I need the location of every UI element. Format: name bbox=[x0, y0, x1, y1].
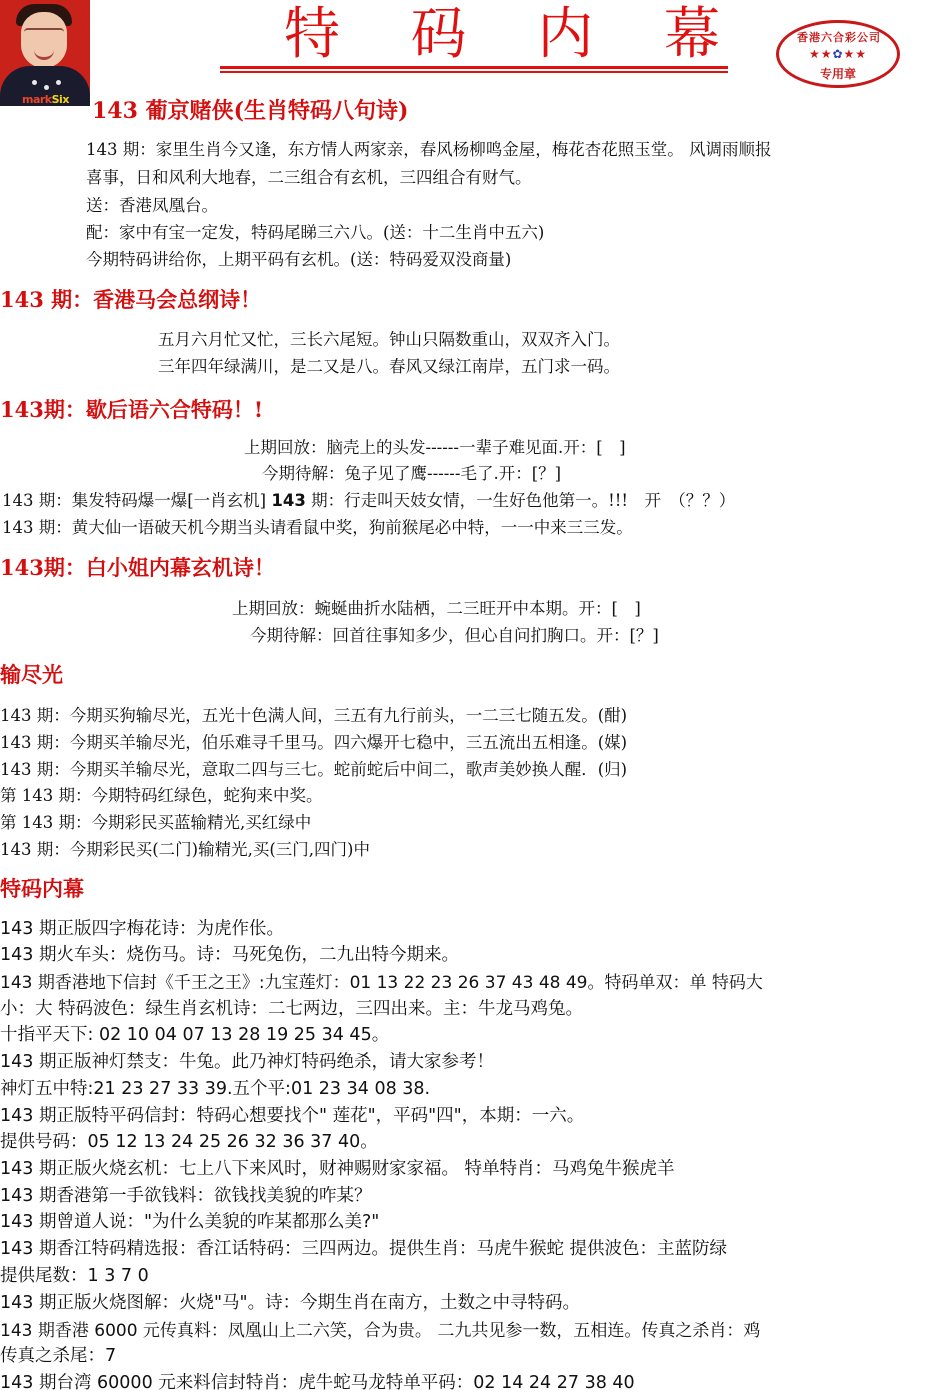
info-line: 143 期正版特平码信封：特码心想要找个" 莲花"，平码"四"，本期：一六。 bbox=[0, 1102, 584, 1127]
stamp-stars: ★★✿★★ bbox=[779, 47, 897, 61]
info-line: 143 期火车头：烧伤马。诗：马死兔伤，二九出特今期来。 bbox=[0, 941, 459, 966]
star-icon: ★★ bbox=[844, 47, 868, 61]
tip-prefix: 143 期： bbox=[2, 491, 72, 510]
title-char: 幕 bbox=[664, 2, 720, 64]
tip-text: 黄大仙一语破天机今期当头请看鼠中奖，狗前猴尾必中特，一一中来三三发。 bbox=[72, 518, 633, 537]
coat-button-icon bbox=[44, 85, 49, 90]
poem-line: 五月六月忙又忙，三长六尾短。钟山只隔数重山，双双齐入门。 bbox=[158, 326, 620, 350]
title-char: 特 bbox=[284, 2, 340, 64]
info-line: 143 期正版神灯禁支：牛兔。此乃神灯特码绝杀，请大家参考！ bbox=[0, 1048, 494, 1073]
avatar-glasses bbox=[24, 28, 64, 39]
tip-line: 143 期：今期买狗输尽光，五光十色满人间，三五有九行前头，一二三七随五发。(酣… bbox=[0, 702, 627, 726]
flower-icon: ✿ bbox=[832, 47, 843, 61]
coat-button-icon bbox=[32, 80, 37, 85]
info-line: 传真之杀尾：7 bbox=[0, 1342, 116, 1367]
tip-line: 第 143 期：今期特码红绿色，蛇狗来中奖。 bbox=[0, 782, 322, 806]
info-line: 小：大 特码波色：绿生肖玄机诗：二七两边，三四出来。主：牛龙马鸡兔。 bbox=[0, 995, 583, 1020]
tip-line: 143 期：今期彩民买(二门)输精光,买(三门,四门)中 bbox=[0, 836, 370, 860]
poem-line: 喜事，日和风利大地春，二三组合有玄机，三四组合有财气。 bbox=[86, 164, 532, 188]
title-underline bbox=[220, 66, 728, 69]
info-line: 143 期曾道人说："为什么美貌的咋某都那么美?" bbox=[0, 1208, 379, 1233]
riddle-this-issue: 今期待解：兔子见了鹰------毛了.开：[？] bbox=[262, 460, 561, 484]
section-heading-miss-bai: 143期：白小姐内幕玄机诗！ bbox=[0, 552, 275, 582]
logo-text-mark: mark bbox=[22, 93, 52, 106]
riddle-last-issue: 上期回放：脑壳上的头发------一辈子难见面.开：[ ] bbox=[244, 434, 626, 458]
riddle-this-issue: 今期待解：回首往事知多少，但心自问扪胸口。开：[？] bbox=[250, 622, 659, 646]
info-line: 143 期台湾 60000 元来料信封特肖：虎牛蛇马龙特单平码：02 14 24… bbox=[0, 1369, 635, 1394]
title-char: 码 bbox=[411, 2, 467, 64]
info-line: 143 期正版四字梅花诗：为虎作伥。 bbox=[0, 915, 284, 940]
poem-line: 143 期：家里生肖今又逢，东方情人两家亲，春风杨柳鸣金屋，梅花杏花照玉堂。 风… bbox=[86, 136, 771, 160]
info-line: 143 期香港 6000 元传真料：凤凰山上二六笑，合为贵。 二九共见参一数，五… bbox=[0, 1316, 760, 1341]
tip-line: 143 期：黄大仙一语破天机今期当头请看鼠中奖，狗前猴尾必中特，一一中来三三发。 bbox=[2, 514, 633, 538]
official-seal-stamp: 香港六合彩公司 ★★✿★★ 专用章 bbox=[776, 20, 900, 88]
poem-line: 三年四年绿满川，是二又是八。春风又绿江南岸，五门求一码。 bbox=[158, 353, 620, 377]
section-heading-inside-info: 特码内幕 bbox=[0, 873, 84, 903]
info-line: 神灯五中特:21 23 27 33 39.五个平:01 23 34 08 38. bbox=[0, 1075, 430, 1100]
stamp-top-text: 香港六合彩公司 bbox=[787, 29, 891, 45]
page-title: 特 码 内 幕 bbox=[220, 2, 728, 74]
section-heading-jockey-club: 143 期：香港马会总纲诗！ bbox=[0, 284, 261, 314]
info-line: 十指平天下: 02 10 04 07 13 28 19 25 34 45。 bbox=[0, 1021, 389, 1046]
section-heading-pujing: 143 葡京赌侠(生肖特码八句诗) bbox=[92, 94, 408, 125]
section-heading-lose-all: 输尽光 bbox=[0, 659, 63, 689]
tip-line: 143 期：今期买羊输尽光，伯乐难寻千里马。四六爆开七稳中，三五流出五相逢。(媒… bbox=[0, 729, 627, 753]
info-line: 提供尾数：1 3 7 0 bbox=[0, 1262, 149, 1287]
section-heading-xiehouyu: 143期：歇后语六合特码！! bbox=[0, 394, 263, 424]
tip-issue-number: 143 bbox=[271, 491, 305, 510]
info-line: 143 期正版火烧图解：火烧"马"。诗：今期生肖在南方，土数之中寻特码。 bbox=[0, 1289, 580, 1314]
coat-button-icon bbox=[56, 80, 61, 85]
tip-text: 集发特码爆一爆[一肖玄机] bbox=[72, 491, 272, 510]
tip-line: 143 期：今期买羊输尽光，意取二四与三七。蛇前蛇后中间二，歌声美妙换人醒．(归… bbox=[0, 756, 627, 780]
info-line: 提供号码：05 12 13 24 25 26 32 36 37 40。 bbox=[0, 1128, 378, 1153]
avatar-photo: markSix bbox=[0, 0, 90, 106]
logo-text-six: Six bbox=[52, 93, 69, 106]
tip-line: 第 143 期：今期彩民买蓝输精光,买红绿中 bbox=[0, 809, 311, 833]
info-line: 143 期香港第一手欲钱料：欲钱找美貌的咋某？ bbox=[0, 1182, 371, 1207]
riddle-last-issue: 上期回放：蜿蜒曲折水陆栖，二三旺开中本期。开：[ ] bbox=[232, 595, 641, 619]
marksix-logo: markSix bbox=[22, 93, 69, 106]
poem-line: 配：家中有宝一定发，特码尾睇三六八。(送：十二生肖中五六) bbox=[86, 219, 544, 243]
tip-prefix: 143 期： bbox=[2, 518, 72, 537]
poem-line: 送：香港凤凰台。 bbox=[86, 192, 218, 216]
title-char: 内 bbox=[537, 2, 593, 64]
info-line: 143 期香江特码精选报：香江话特码：三四两边。提供生肖：马虎牛猴蛇 提供波色：… bbox=[0, 1235, 727, 1260]
stamp-bottom-text: 专用章 bbox=[779, 65, 897, 82]
title-underline-thin bbox=[220, 71, 728, 73]
poem-line: 今期特码讲给你，上期平码有玄机。(送：特码爱双没商量) bbox=[86, 246, 511, 270]
info-line: 143 期正版火烧玄机：七上八下来风时，财神赐财家家福。 特单特肖：马鸡兔牛猴虎… bbox=[0, 1155, 675, 1180]
page-title-text: 特 码 内 幕 bbox=[220, 2, 728, 64]
info-line: 143 期香港地下信封《千王之王》:九宝莲灯：01 13 22 23 26 37… bbox=[0, 968, 763, 993]
star-icon: ★★ bbox=[809, 47, 833, 61]
tip-text: 期：行走叫天妓女情，一生好色他第一。!!! 开 （？？） bbox=[306, 491, 735, 510]
tip-line: 143 期：集发特码爆一爆[一肖玄机] 143 期：行走叫天妓女情，一生好色他第… bbox=[2, 487, 735, 511]
